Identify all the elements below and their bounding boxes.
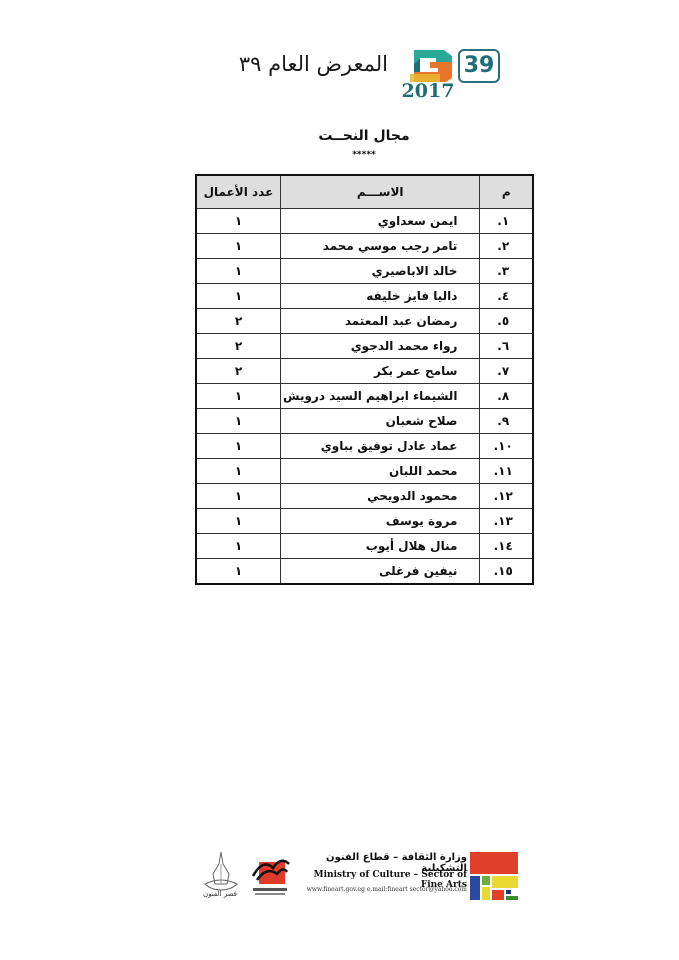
table-row: ٦.رواء محمد الدجوي٢ (196, 334, 533, 359)
works-count: ١ (196, 434, 280, 459)
artist-name: تامر رجب موسي محمد (280, 234, 479, 259)
table-row: ٧.سامح عمر بكر٢ (196, 359, 533, 384)
works-count: ١ (196, 384, 280, 409)
artist-name: سامح عمر بكر (280, 359, 479, 384)
fine-arts-sector-logo-icon (249, 852, 291, 900)
artist-name: عماد عادل توفيق بباوي (280, 434, 479, 459)
section-title: مجال النحــت (195, 128, 533, 144)
artist-name: محمود الدويحي (280, 484, 479, 509)
row-number: ٨. (480, 384, 533, 409)
separator-stars: ***** (195, 150, 533, 160)
works-count: ١ (196, 509, 280, 534)
row-number: ١٤. (480, 534, 533, 559)
row-number: ٣. (480, 259, 533, 284)
artists-table: م الاســـم عدد الأعمال ١.ايمن سعداوي١ ٢.… (195, 174, 534, 585)
works-count: ١ (196, 484, 280, 509)
row-number: ٢. (480, 234, 533, 259)
document-header: المعرض العام ٣٩ 39 2017 (0, 0, 679, 110)
works-count: ٢ (196, 309, 280, 334)
palace-of-arts-label: قصر الفنون (199, 890, 241, 898)
exhibition-number-badge: 39 (458, 49, 500, 83)
document-footer: قصر الفنون وزارة الثقافة – قطاع الفنون ا… (195, 848, 525, 908)
artist-name: نيفين فرغلى (280, 559, 479, 585)
row-number: ١. (480, 209, 533, 234)
artist-name: مروة يوسف (280, 509, 479, 534)
artist-name: ايمن سعداوي (280, 209, 479, 234)
table-row: ١٠.عماد عادل توفيق بباوي١ (196, 434, 533, 459)
table-row: ٢.تامر رجب موسي محمد١ (196, 234, 533, 259)
row-number: ٦. (480, 334, 533, 359)
table-row: ١٤.منال هلال أيوب١ (196, 534, 533, 559)
works-count: ١ (196, 534, 280, 559)
artist-name: صلاح شعبان (280, 409, 479, 434)
row-number: ٧. (480, 359, 533, 384)
ministry-logo-icon (470, 852, 518, 900)
works-count: ١ (196, 459, 280, 484)
artist-name: خالد الاباصيري (280, 259, 479, 284)
table-row: ١٣.مروة يوسف١ (196, 509, 533, 534)
row-number: ١٣. (480, 509, 533, 534)
table-row: ١٥.نيفين فرغلى١ (196, 559, 533, 585)
header-count: عدد الأعمال (196, 175, 280, 209)
works-count: ١ (196, 409, 280, 434)
artist-name: رمضان عبد المعتمد (280, 309, 479, 334)
artist-name: داليا فايز خليفه (280, 284, 479, 309)
works-count: ١ (196, 209, 280, 234)
row-number: ١١. (480, 459, 533, 484)
artist-name: منال هلال أيوب (280, 534, 479, 559)
header-number: م (480, 175, 533, 209)
row-number: ١٢. (480, 484, 533, 509)
table-row: ١.ايمن سعداوي١ (196, 209, 533, 234)
row-number: ٤. (480, 284, 533, 309)
works-count: ٢ (196, 359, 280, 384)
works-count: ١ (196, 259, 280, 284)
row-number: ٥. (480, 309, 533, 334)
table-row: ٥.رمضان عبد المعتمد٢ (196, 309, 533, 334)
exhibition-logo-icon (400, 48, 456, 84)
artist-name: الشيماء ابراهيم السيد درويش (280, 384, 479, 409)
works-count: ١ (196, 559, 280, 585)
table-row: ١٢.محمود الدويحي١ (196, 484, 533, 509)
row-number: ١٠. (480, 434, 533, 459)
row-number: ١٥. (480, 559, 533, 585)
table-row: ٣.خالد الاباصيري١ (196, 259, 533, 284)
table-row: ١١.محمد اللبان١ (196, 459, 533, 484)
table-row: ٨.الشيماء ابراهيم السيد درويش١ (196, 384, 533, 409)
exhibition-logo: 39 2017 (398, 46, 503, 104)
ministry-contact: www.fineart.gov.eg e.mail:fineart sector… (295, 886, 467, 893)
header-name: الاســـم (280, 175, 479, 209)
table-header-row: م الاســـم عدد الأعمال (196, 175, 533, 209)
artist-name: محمد اللبان (280, 459, 479, 484)
table-row: ٤.داليا فايز خليفه١ (196, 284, 533, 309)
table-row: ٩.صلاح شعبان١ (196, 409, 533, 434)
works-count: ١ (196, 234, 280, 259)
exhibition-title: المعرض العام ٣٩ (228, 52, 388, 76)
exhibition-year: 2017 (400, 80, 456, 102)
artist-name: رواء محمد الدجوي (280, 334, 479, 359)
row-number: ٩. (480, 409, 533, 434)
works-count: ١ (196, 284, 280, 309)
works-count: ٢ (196, 334, 280, 359)
